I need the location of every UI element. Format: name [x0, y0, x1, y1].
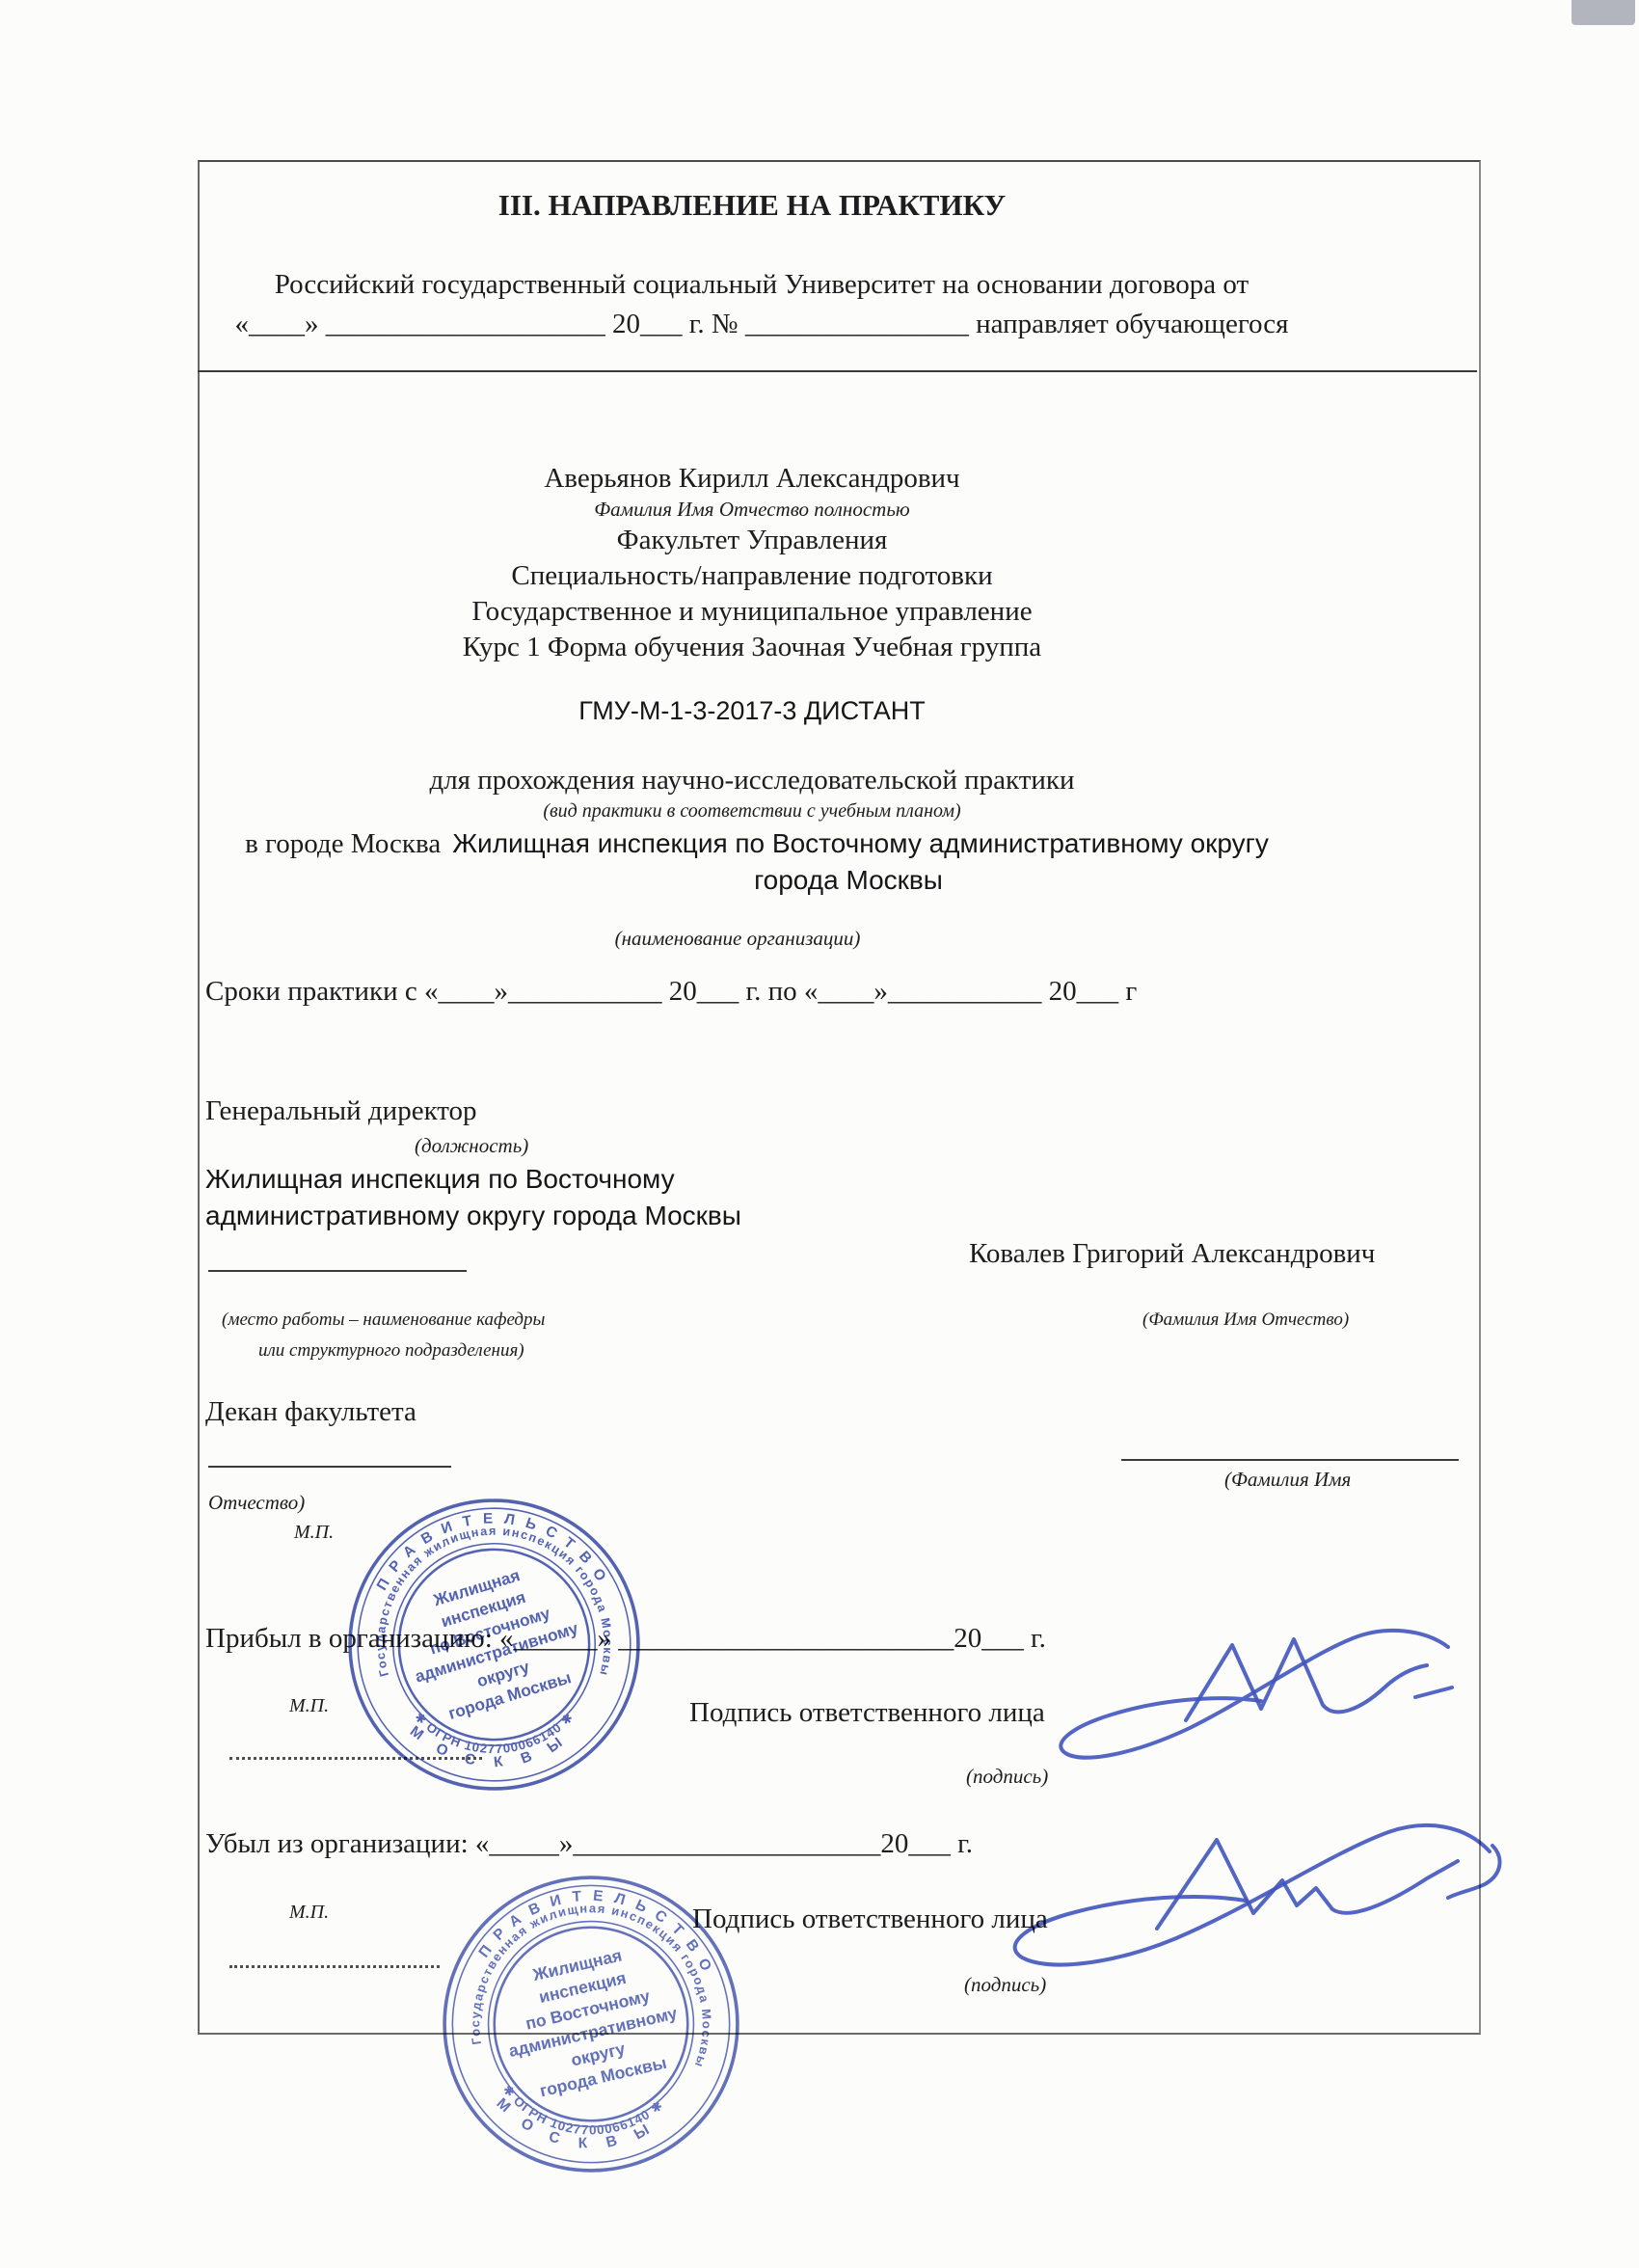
workplace-caption-2: или структурного подразделения) [258, 1340, 524, 1362]
section-title: III. НАПРАВЛЕНИЕ НА ПРАКТИКУ [202, 188, 1302, 223]
dean-underline-right [1121, 1459, 1459, 1461]
supervisor-name: Ковалев Григорий Александрович [969, 1238, 1375, 1270]
handwritten-signature-departure-icon [964, 1811, 1514, 1994]
dean-underline-left [208, 1466, 451, 1468]
departure-line: Убыл из организации: «_____»____________… [205, 1828, 973, 1860]
course-line: Курс 1 Форма обучения Заочная Учебная гр… [202, 632, 1302, 663]
position-caption: (должность) [415, 1134, 528, 1158]
round-stamp-departure: ПРАВИТЕЛЬСТВО МОСКВЫ Государственная жил… [427, 1860, 756, 2189]
supervisor-workplace-2: административному округу города Москвы [205, 1201, 741, 1231]
intro-line-1: Российский государственный социальный Ун… [202, 269, 1321, 301]
supervisor-workplace-1: Жилищная инспекция по Восточному [205, 1164, 675, 1195]
divider-rule [198, 370, 1477, 372]
student-faculty: Факультет Управления [202, 525, 1302, 556]
arrival-mp-mark: М.П. [289, 1695, 329, 1717]
scanner-edge-artifact [1572, 0, 1635, 25]
specialty-label: Специальность/направление подготовки [202, 560, 1302, 592]
organization-line-1: в городе Москва Жилищная инспекция по Во… [198, 828, 1316, 860]
scanned-document-page: III. НАПРАВЛЕНИЕ НА ПРАКТИКУ Российский … [0, 0, 1639, 2268]
supervisor-position: Генеральный директор [205, 1095, 477, 1127]
supervisor-name-caption: (Фамилия Имя Отчество) [1142, 1309, 1349, 1331]
group-code: ГМУ-М-1-3-2017-3 ДИСТАНТ [202, 696, 1302, 726]
departure-mp-mark: М.П. [289, 1902, 329, 1924]
practice-dates-line: Сроки практики с «____»___________ 20___… [205, 976, 1137, 1008]
practice-purpose: для прохождения научно-исследовательской… [202, 765, 1302, 796]
dean-label: Декан факультета [205, 1396, 416, 1428]
workplace-caption-1: (место работы – наименование кафедры [222, 1309, 545, 1331]
dean-name-caption-1: (Фамилия Имя [1224, 1468, 1351, 1492]
departure-mp-underline [229, 1965, 440, 1968]
dean-name-caption-2: Отчество) [208, 1491, 305, 1515]
workplace-underline [208, 1270, 467, 1272]
student-name: Аверьянов Кирилл Александрович [202, 463, 1302, 495]
specialty-value: Государственное и муниципальное управлен… [202, 596, 1302, 628]
handwritten-signature-arrival-icon [1012, 1620, 1465, 1784]
dean-mp-mark: М.П. [294, 1522, 334, 1544]
city-prefix: в городе Москва [245, 828, 441, 859]
round-stamp-arrival: ПРАВИТЕЛЬСТВО МОСКВЫ Государственная жил… [347, 1498, 641, 1792]
organization-name-part1: Жилищная инспекция по Восточному админис… [452, 828, 1269, 858]
practice-purpose-caption: (вид практики в соответствии с учебным п… [202, 800, 1302, 823]
intro-line-2: «____» ____________________ 20___ г. № _… [202, 309, 1321, 340]
arrival-signature-label: Подпись ответственного лица [689, 1697, 1045, 1729]
organization-caption: (наименование организации) [202, 927, 1273, 951]
organization-name-part2: города Москвы [202, 865, 1494, 896]
student-name-caption: Фамилия Имя Отчество полностью [202, 498, 1302, 522]
